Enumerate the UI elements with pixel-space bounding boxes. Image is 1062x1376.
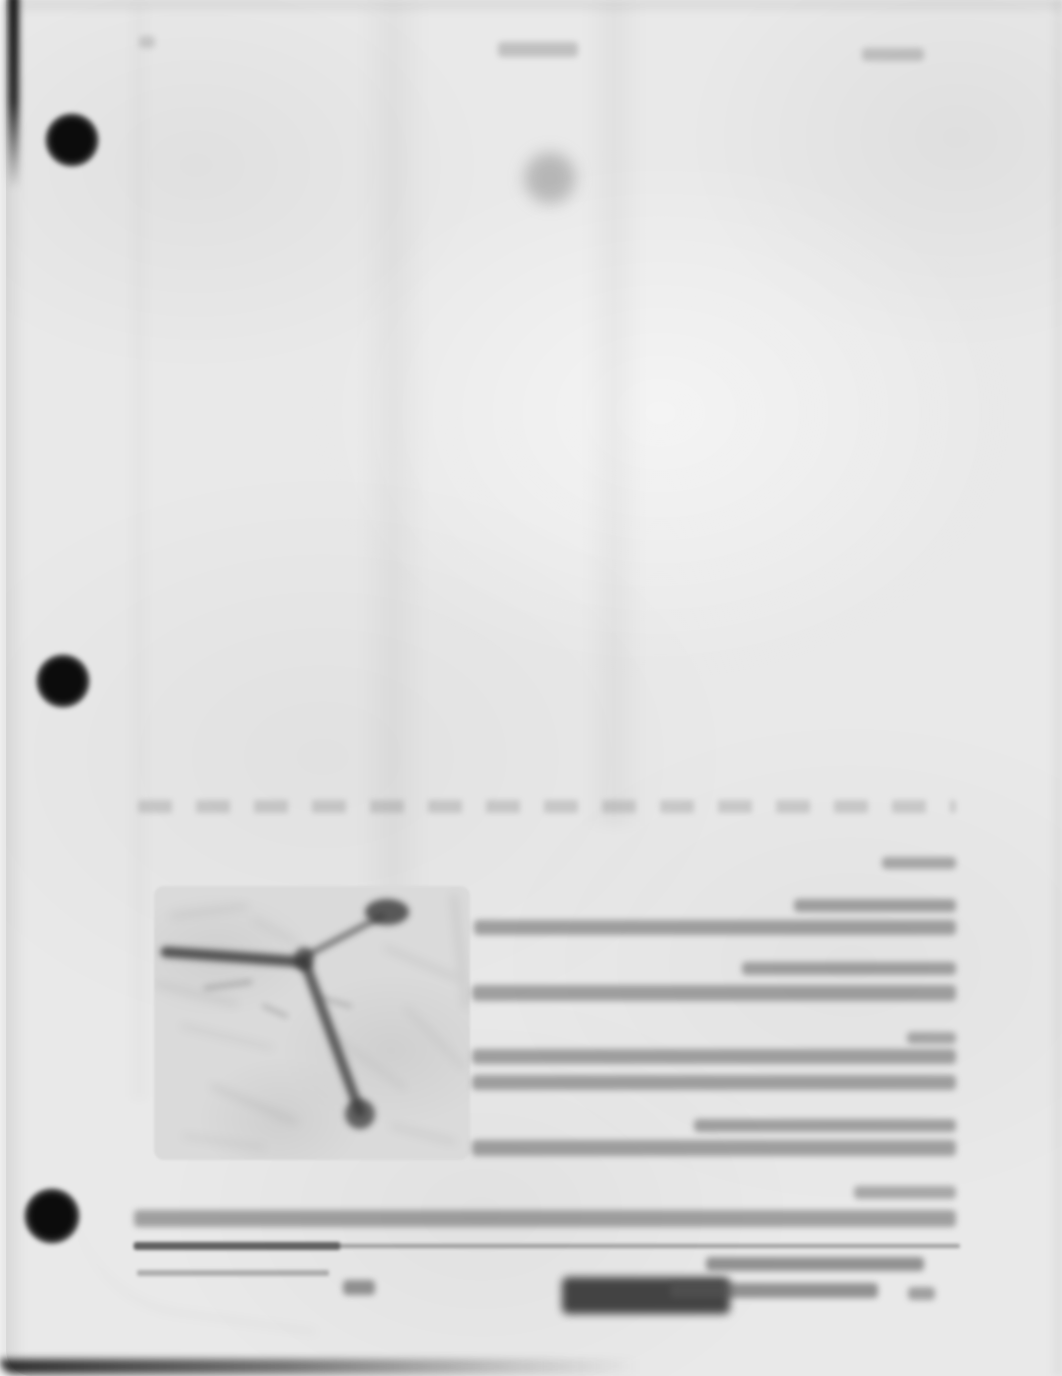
scan-edge-shadow-bottom — [0, 1359, 640, 1374]
scan-edge-shadow-left — [0, 0, 26, 1376]
scan-edge-shadow-right — [1048, 0, 1062, 1376]
paper-page — [6, 0, 1062, 1376]
illegible-text-line — [498, 42, 578, 57]
scan-crease — [584, 0, 644, 826]
illegible-rule-mark — [137, 1270, 329, 1276]
illegible-text-line — [472, 1140, 956, 1156]
illegible-dotted-mark — [138, 800, 956, 813]
illegible-rule-mark — [134, 1242, 340, 1250]
hole-punch — [24, 1188, 80, 1244]
illegible-text-line — [472, 985, 956, 1001]
illegible-text-line — [139, 36, 155, 48]
map-strokes — [154, 886, 470, 1160]
illegible-text-line — [794, 899, 956, 912]
illegible-text-line — [694, 1119, 956, 1132]
illegible-text-line — [134, 1210, 956, 1227]
illegible-text-line — [862, 48, 924, 61]
illegible-text-line — [474, 920, 956, 935]
illegible-rule-mark — [134, 1244, 960, 1248]
hole-punch — [45, 113, 99, 167]
illegible-text-line — [343, 1280, 375, 1295]
blurry-map-figure — [154, 886, 470, 1160]
scan-crease — [358, 0, 428, 991]
photocopy-texture — [6, 0, 1062, 1376]
illegible-text-line — [670, 1283, 878, 1298]
illegible-text-line — [854, 1186, 956, 1199]
stamp-ring-shadow — [520, 148, 580, 208]
hole-punch — [36, 654, 90, 708]
scan-edge-shadow-top — [6, 0, 1062, 16]
illegible-text-line — [472, 1075, 956, 1090]
illegible-text-line — [472, 1049, 956, 1064]
page-fold-shadow — [59, 1176, 334, 1334]
scanned-document-photo — [0, 0, 1062, 1376]
illegible-text-line — [908, 1287, 935, 1300]
illegible-text-line — [907, 1032, 956, 1044]
illegible-blob-mark — [562, 1277, 730, 1314]
scan-crease — [126, 0, 152, 1101]
illegible-text-line — [706, 1257, 924, 1271]
illegible-text-line — [742, 962, 956, 975]
illegible-text-line — [882, 857, 956, 869]
